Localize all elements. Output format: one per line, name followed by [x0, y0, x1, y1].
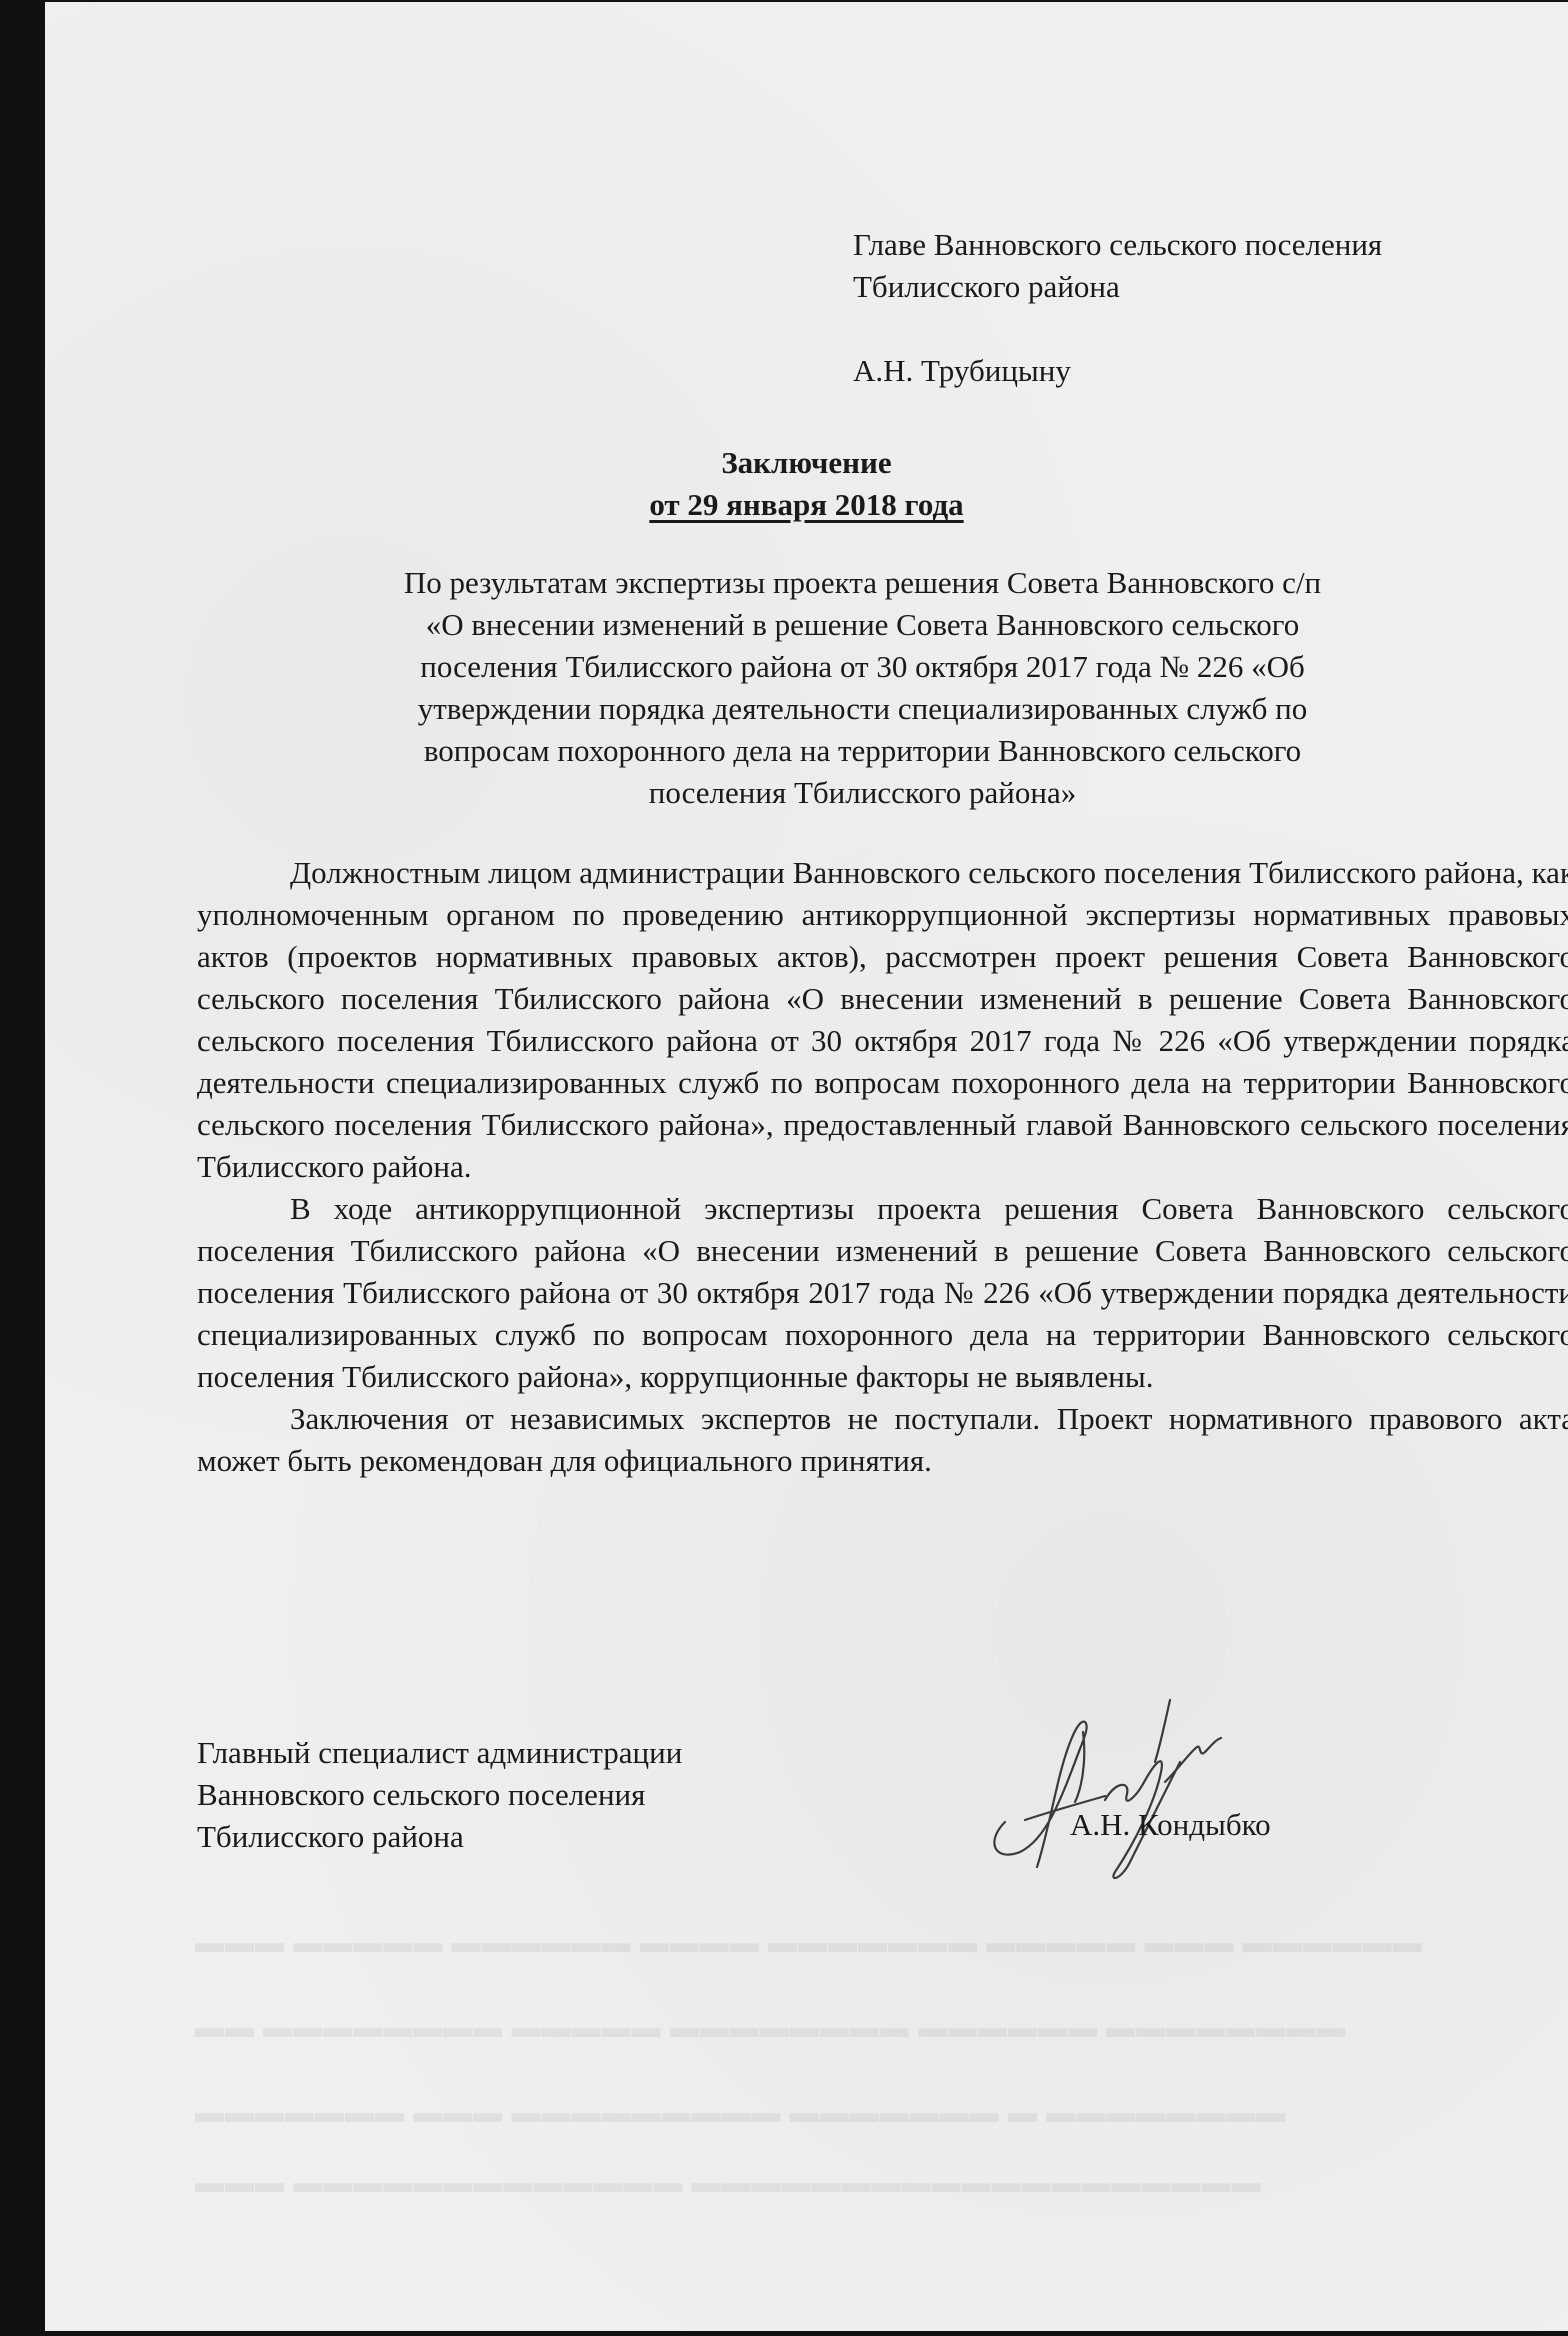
position-line: Ванновского сельского поселения [197, 1774, 682, 1816]
body-paragraph: Должностным лицом администрации Ванновск… [197, 852, 1568, 1188]
handwritten-signature-icon [965, 1692, 1285, 1892]
signatory-position: Главный специалист администрации Ванновс… [197, 1732, 682, 1858]
position-line: Главный специалист администрации [197, 1732, 682, 1774]
bleed-through-texture: ▬▬▬ ▬▬▬▬▬▬▬▬▬▬▬▬▬ ▬▬▬▬▬▬▬▬▬▬▬▬▬▬▬▬▬▬▬ [195, 2162, 1568, 2204]
subject-block: По результатам экспертизы проекта решени… [275, 562, 1450, 814]
bleed-through-texture: ▬▬▬ ▬▬▬▬▬ ▬▬▬▬▬▬ ▬▬▬▬ ▬▬▬▬▬▬▬ ▬▬▬▬▬ ▬▬▬ … [195, 1922, 1568, 1964]
subject-line: поселения Тбилисского района от 30 октяб… [275, 646, 1450, 688]
addressee-line-2: Тбилисского района [853, 266, 1382, 308]
document-page: Главе Ванновского сельского поселения Тб… [45, 2, 1568, 2331]
signer-name: А.Н. Кондыбко [1070, 1804, 1271, 1846]
body-text: Должностным лицом администрации Ванновск… [197, 852, 1568, 1482]
body-paragraph: Заключения от независимых экспертов не п… [197, 1398, 1568, 1482]
addressee-line-1: Главе Ванновского сельского поселения [853, 224, 1382, 266]
bleed-through-texture: ▬▬ ▬▬▬▬▬▬▬▬ ▬▬▬▬▬ ▬▬▬▬▬▬▬▬ ▬▬▬▬▬▬ ▬▬▬▬▬▬… [195, 2007, 1568, 2049]
addressee-name: А.Н. Трубицыну [853, 350, 1382, 392]
subject-line: утверждении порядка деятельности специал… [275, 688, 1450, 730]
position-line: Тбилисского района [197, 1816, 682, 1858]
document-title: Заключение от 29 января 2018 года [45, 442, 1568, 526]
subject-line: вопросам похоронного дела на территории … [275, 730, 1450, 772]
subject-line: «О внесении изменений в решение Совета В… [275, 604, 1450, 646]
subject-line: По результатам экспертизы проекта решени… [275, 562, 1450, 604]
body-paragraph: В ходе антикоррупционной экспертизы прое… [197, 1188, 1568, 1398]
addressee-block: Главе Ванновского сельского поселения Тб… [853, 224, 1382, 392]
subject-line: поселения Тбилисского района» [275, 772, 1450, 814]
title-heading: Заключение [45, 442, 1568, 484]
title-date: от 29 января 2018 года [649, 487, 963, 522]
bleed-through-texture: ▬▬▬▬▬▬▬ ▬▬▬ ▬▬▬▬▬▬▬▬▬ ▬▬▬▬▬▬▬ ▬ ▬▬▬▬▬▬▬▬ [195, 2092, 1568, 2134]
